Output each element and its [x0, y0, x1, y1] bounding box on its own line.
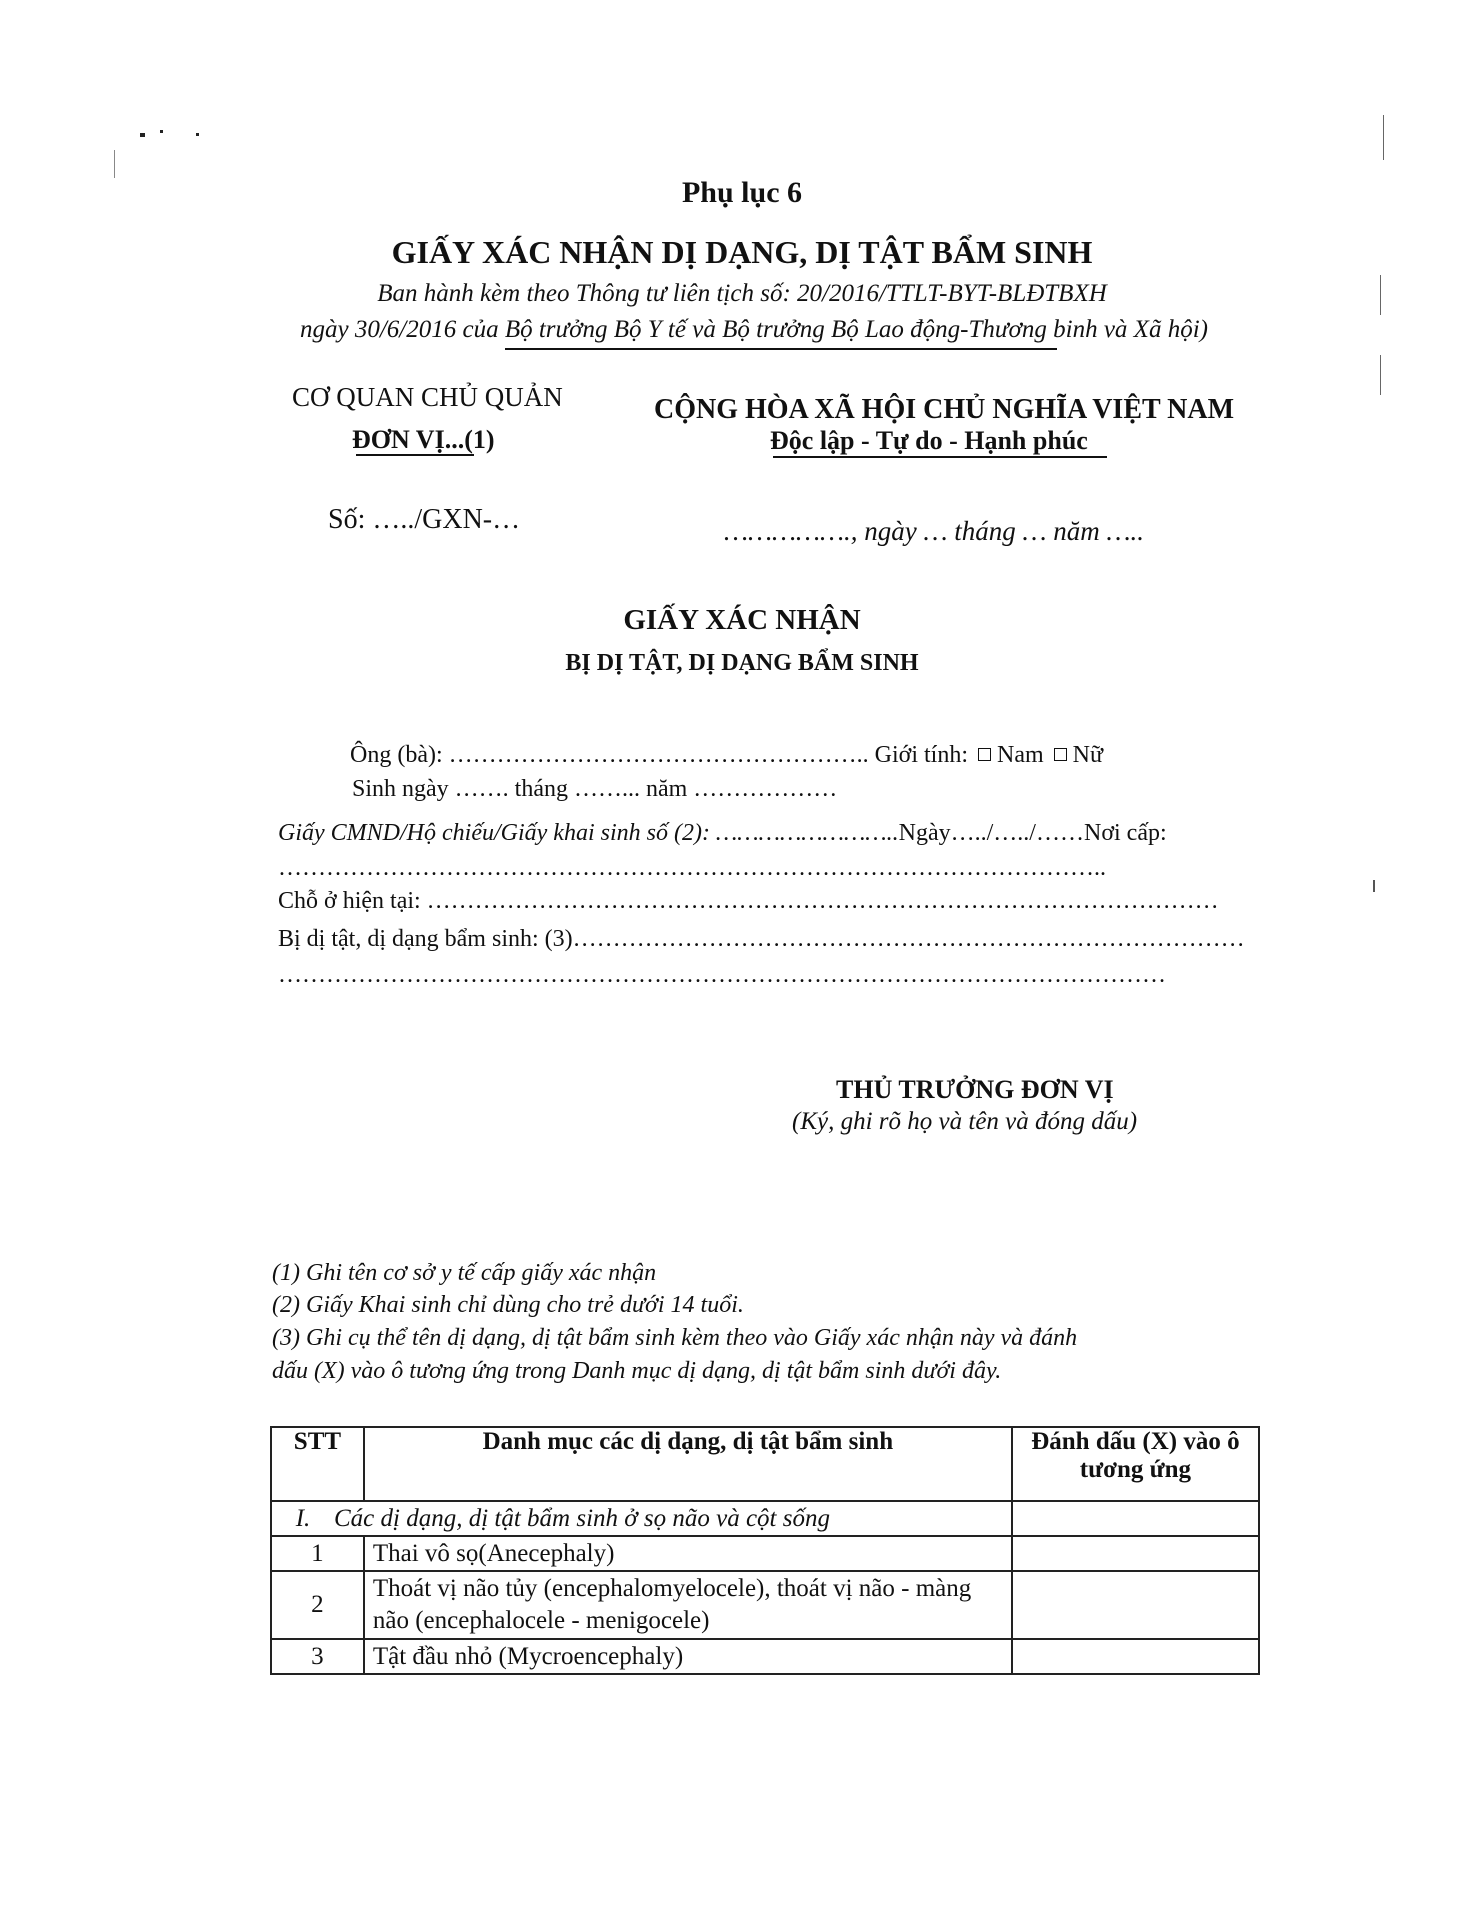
motto-underline [773, 456, 1107, 458]
certificate-subtitle: BỊ DỊ TẬT, DỊ DẠNG BẨM SINH [0, 650, 1484, 677]
defect-checklist-table: STT Danh mục các dị dạng, dị tật bẩm sin… [270, 1426, 1260, 1675]
issuing-unit: ĐƠN VỊ...(1) [352, 425, 495, 455]
name-field-row: Ông (bà): …………………………………………….. Giới tính:… [350, 742, 1103, 769]
current-address-field[interactable]: Chỗ ở hiện tại: ………………………………………………………………… [278, 888, 1219, 915]
row-stt: 2 [271, 1571, 364, 1639]
id-issue-place-field[interactable]: ………………………………………………………………………………………….. [278, 855, 1106, 882]
scan-edge-mark [1380, 355, 1381, 395]
footnote-1: (1) Ghi tên cơ sở y tế cấp giấy xác nhận [272, 1260, 656, 1287]
scan-edge-mark [1383, 115, 1384, 160]
row-mark-cell[interactable] [1012, 1639, 1259, 1674]
defect-description-field[interactable]: Bị dị tật, dị dạng bẩm sinh: (3)……………………… [278, 926, 1245, 953]
signatory-title: THỦ TRƯỞNG ĐƠN VỊ [836, 1075, 1114, 1105]
table-section-row: I.Các dị dạng, dị tật bẩm sinh ở sọ não … [271, 1501, 1259, 1536]
row-description: Thoát vị não tủy (encephalomyelocele), t… [364, 1571, 1012, 1639]
section-cell: I.Các dị dạng, dị tật bẩm sinh ở sọ não … [271, 1501, 1012, 1536]
header-mark: Đánh dấu (X) vào ô tương ứng [1012, 1427, 1259, 1501]
row-stt: 1 [271, 1536, 364, 1571]
unit-underline [356, 454, 474, 456]
header-stt: STT [271, 1427, 364, 1501]
national-title: CỘNG HÒA XÃ HỘI CHỦ NGHĨA VIỆT NAM [654, 394, 1234, 426]
name-field[interactable]: Ông (bà): …………………………………………….. [350, 742, 869, 768]
signature-instruction: (Ký, ghi rõ họ và tên và đóng dấu) [792, 1108, 1137, 1136]
governing-agency: CƠ QUAN CHỦ QUẢN [292, 382, 563, 413]
document-title: GIẤY XÁC NHẬN DỊ DẠNG, DỊ TẬT BẨM SINH [0, 234, 1484, 271]
gender-female-checkbox[interactable] [1054, 748, 1067, 761]
gender-label: Giới tính: [875, 742, 968, 768]
table-row: 2 Thoát vị não tủy (encephalomyelocele),… [271, 1571, 1259, 1639]
place-date-line: ……………., ngày … tháng … năm ….. [724, 516, 1144, 547]
certificate-title: GIẤY XÁC NHẬN [0, 604, 1484, 637]
gender-male-checkbox[interactable] [978, 748, 991, 761]
section-number: I. [272, 1505, 334, 1533]
defect-description-continuation[interactable]: ………………………………………………………………………………………………… [278, 962, 1166, 989]
id-document-row: Giấy CMND/Hộ chiếu/Giấy khai sinh số (2)… [278, 820, 1167, 847]
issuance-date-reference: ngày 30/6/2016 của Bộ trưởng Bộ Y tế và … [300, 316, 1208, 344]
scan-edge-mark [1373, 880, 1375, 892]
birth-date-field[interactable]: Sinh ngày ……. tháng ……... năm ……………… [352, 776, 837, 803]
row-description: Tật đầu nhỏ (Mycroencephaly) [364, 1639, 1012, 1674]
header-mark-label: Đánh dấu (X) vào ô tương ứng [1031, 1428, 1239, 1483]
section-mark-cell [1012, 1501, 1259, 1536]
section-label: Các dị dạng, dị tật bẩm sinh ở sọ não và… [334, 1505, 830, 1532]
row-mark-cell[interactable] [1012, 1536, 1259, 1571]
row-mark-cell[interactable] [1012, 1571, 1259, 1639]
subtitle-underline [505, 348, 1057, 350]
table-row: 1 Thai vô sọ(Anecephaly) [271, 1536, 1259, 1571]
footnote-2: (2) Giấy Khai sinh chỉ dùng cho trẻ dưới… [272, 1292, 744, 1319]
national-motto: Độc lập - Tự do - Hạnh phúc [770, 426, 1088, 456]
scan-speck [196, 133, 199, 136]
table-row: 3 Tật đầu nhỏ (Mycroencephaly) [271, 1639, 1259, 1674]
id-issue-place-label: Nơi cấp: [1084, 820, 1167, 846]
id-number-field[interactable]: Giấy CMND/Hộ chiếu/Giấy khai sinh số (2)… [278, 820, 899, 846]
document-number: Số: …../GXN-… [328, 504, 520, 536]
scan-speck [160, 130, 163, 133]
row-stt: 3 [271, 1639, 364, 1674]
scan-speck [140, 133, 145, 137]
header-description: Danh mục các dị dạng, dị tật bẩm sinh [364, 1427, 1012, 1501]
gender-female-label: Nữ [1073, 742, 1103, 768]
scan-speck [114, 150, 115, 178]
id-issue-date-field[interactable]: Ngày…../…../…… [899, 820, 1084, 846]
footnote-3-continued: dấu (X) vào ô tương ứng trong Danh mục d… [272, 1358, 1001, 1385]
row-description: Thai vô sọ(Anecephaly) [364, 1536, 1012, 1571]
issuance-reference: Ban hành kèm theo Thông tư liên tịch số:… [0, 280, 1484, 308]
table-header-row: STT Danh mục các dị dạng, dị tật bẩm sin… [271, 1427, 1259, 1501]
appendix-label: Phụ lục 6 [0, 176, 1484, 210]
footnote-3: (3) Ghi cụ thể tên dị dạng, dị tật bẩm s… [272, 1325, 1077, 1352]
gender-male-label: Nam [997, 742, 1044, 768]
